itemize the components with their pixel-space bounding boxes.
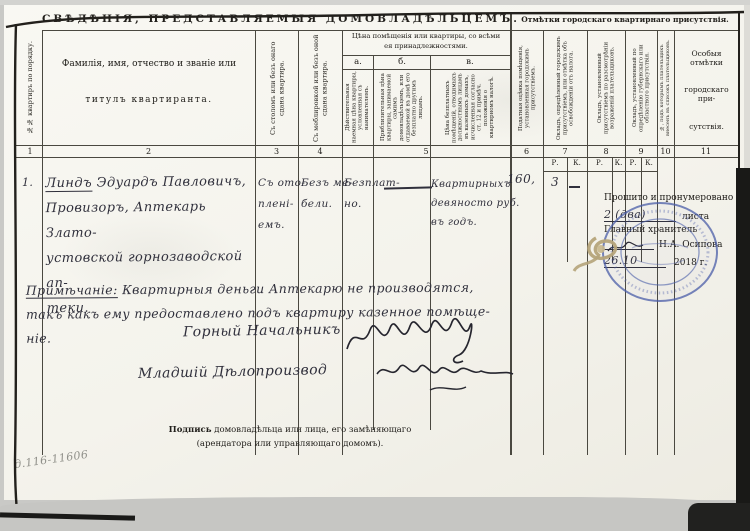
col-header-special-notes: Особыя отмѣтки городскаго при- сутствія. — [676, 40, 737, 140]
col-letter-a: а. — [343, 57, 373, 67]
keeper-signature-line — [604, 238, 654, 250]
row1-actual-price-cell: Безплат- но. — [344, 173, 400, 215]
col-group-price: Цѣна помѣщенія или квартиры, со всѣми ея… — [343, 32, 509, 54]
note-line1: Примѣчаніе: Квартирныя деньги Аптекарю н… — [26, 275, 531, 303]
row-line — [543, 171, 657, 172]
col-number-4: 4 — [298, 147, 342, 156]
row1-tax-kopecks-dash — [569, 186, 580, 188]
caption-line1: Подпись домовладѣльца или лица, его замѣ… — [140, 424, 440, 438]
archive-date: 26.10 — [604, 254, 666, 268]
col-header-tax-after-objection: Окладъ, установленный присутствіемъ по р… — [588, 34, 625, 142]
col-number-6: 6 — [510, 147, 543, 156]
scan-edge-bottom-right-corner — [688, 503, 750, 531]
rub-label: Р. — [543, 159, 567, 167]
scan-edge-right-dark — [736, 168, 750, 520]
archive-sheets-word: листа — [682, 213, 709, 222]
scan-edge-bottom-band — [0, 497, 750, 531]
row1-surname: Линдъ — [45, 176, 92, 192]
col-header-furnished: Съ меблировкой или безъ оной сдана кварт… — [299, 34, 342, 142]
kop-label: К. — [567, 159, 587, 167]
archive-keeper-row: Н.А. Осипова — [604, 238, 746, 250]
col-number-11: 11 — [674, 147, 738, 156]
col-number-3: 3 — [255, 147, 298, 156]
archive-keeper-name: Н.А. Осипова — [659, 241, 723, 250]
scanned-document: СВѢДѢНІЯ, ПРЕДСТАВЛЯЕМЫЯ ДОМОВЛАДѢЛЬЦЕМЪ… — [0, 0, 750, 531]
row-line — [42, 30, 739, 31]
form-title: СВѢДѢНІЯ, ПРЕДСТАВЛЯЕМЫЯ ДОМОВЛАДѢЛЬЦЕМЪ… — [42, 13, 510, 30]
presence-title: Отмѣтки городскаго квартирнаго присутств… — [512, 15, 738, 29]
col-header-tax-assessment: Податная оцѣнка помѣщенія, установленная… — [512, 34, 543, 142]
col-header-name-line2: титулъ квартиранта. — [44, 95, 254, 105]
col-header-free-quarters-price: Цѣна безплатныхъ помѣщеній, отводимыхъ д… — [431, 71, 509, 144]
col-header-with-board: Съ столомъ или безъ онаго сдана квартира… — [256, 34, 298, 142]
mining-chief-title: Горный Начальникъ — [183, 322, 341, 341]
note-label: Примѣчаніе: — [26, 282, 118, 299]
col-header-payer-list-no: №, подъ которымъ плательщикъ внесенъ въ … — [658, 34, 674, 142]
col-header-tax-province: Окладъ, установленный по опредѣленію губ… — [626, 34, 657, 142]
owner-signature-caption: Подпись домовладѣльца или лица, его замѣ… — [140, 424, 440, 451]
scan-edge-right-top — [744, 5, 750, 170]
col-header-name: Фамилія, имя, отчество и званіе или титу… — [44, 45, 254, 135]
archive-keeper-title: Главный хранитель — [604, 226, 746, 235]
col-header-actual-price: Дѣйствительная наемная цѣна квартиры, ус… — [343, 71, 373, 144]
archive-line1: Прошито и пронумеровано — [604, 194, 746, 203]
col-number-9: 9 — [625, 147, 657, 156]
row-line — [16, 157, 739, 158]
row-line — [342, 69, 510, 70]
archive-certification: Прошито и пронумеровано 2 (два) листа Гл… — [604, 194, 746, 268]
rub-label: Р. — [587, 159, 612, 167]
archive-sheet-count: 2 (два) — [604, 208, 676, 222]
col-header-tax-set: Окладъ, опредѣленный городскимъ присутст… — [544, 34, 587, 142]
row1-number: 1. — [22, 176, 33, 189]
col-number-8: 8 — [587, 147, 625, 156]
col-letter-b: б. — [374, 57, 430, 67]
col-number-1: 1 — [18, 147, 42, 156]
row-line — [342, 55, 510, 56]
row-line — [16, 145, 739, 146]
col-header-approx-price: Приблизительная цѣна квартиры, занимаемо… — [374, 71, 430, 144]
row1-name-line2: Провизоръ, Аптекарь Злато- — [45, 194, 261, 246]
col-number-5: 5 — [342, 147, 510, 156]
row1-assessment-value: 160, — [507, 172, 535, 186]
col-line — [567, 157, 568, 262]
rub-label: Р. — [625, 159, 641, 167]
kop-label: К. — [641, 159, 657, 167]
archive-year: 2018 г. — [674, 259, 707, 268]
kop-label: К. — [612, 159, 625, 167]
col-number-10: 10 — [657, 147, 674, 156]
col-header-name-line1: Фамилія, имя, отчество и званіе или — [44, 59, 254, 69]
col-line — [42, 30, 43, 455]
caption-line2: (арендатора или управляющаго домомъ). — [140, 438, 440, 452]
row1-board-cell: Съ ото- плені- емъ. — [258, 173, 305, 236]
col-number-7: 7 — [543, 147, 587, 156]
row1-tax-rubles: 3 — [551, 175, 559, 189]
archive-count-row: 2 (два) листа — [604, 208, 746, 222]
note-paragraph: Примѣчаніе: Квартирныя деньги Аптекарю н… — [26, 275, 531, 351]
archive-date-row: 26.10 2018 г. — [604, 254, 746, 268]
col-number-2: 2 — [42, 147, 255, 156]
scan-edge-top — [0, 0, 750, 5]
col-letter-v: в. — [431, 57, 509, 67]
col-header-apartment-no: №№ квартиръ по порядку. — [18, 32, 42, 144]
row1-name-line1: Линдъ Эдуардъ Павловичъ, — [45, 169, 260, 196]
